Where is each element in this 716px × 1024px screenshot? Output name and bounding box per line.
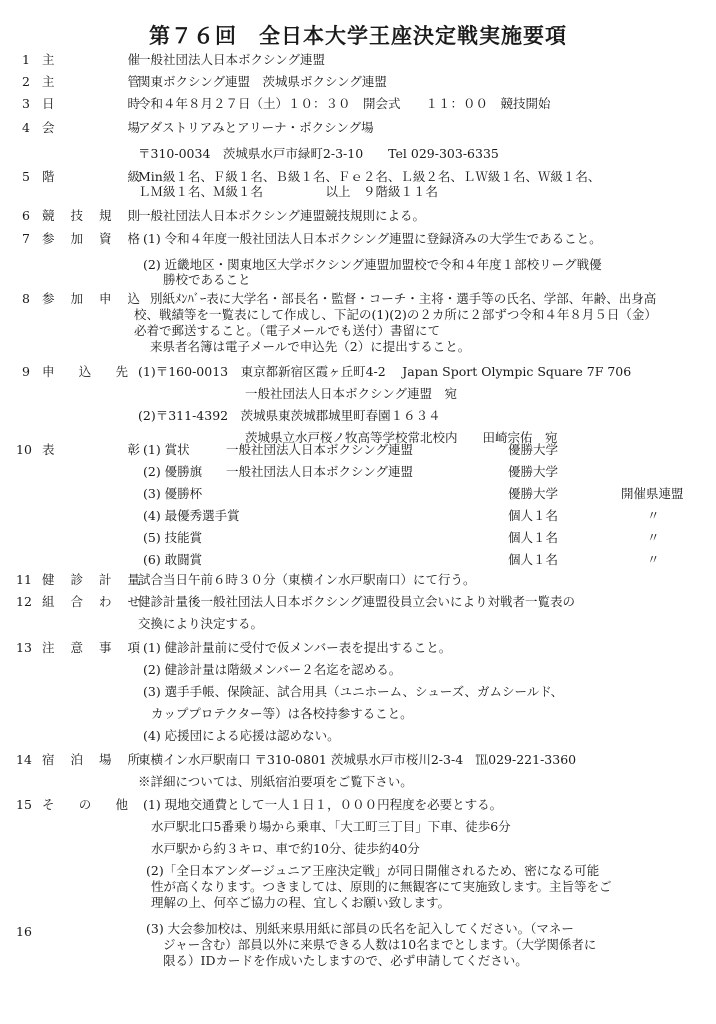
section-label: 参加資格	[42, 231, 140, 246]
section-label: 注意事項	[42, 640, 140, 655]
section-number: 16	[16, 924, 32, 939]
award-target: 優勝大学	[508, 486, 558, 501]
section-text: (3) 選手手帳、保険証、試合用具（ユニホーム、シューズ、ガムシールド、	[143, 684, 563, 699]
section-number: 9	[22, 364, 38, 379]
section-text: 限る）IDカードを作成いたしますので、必ず申請してください。	[163, 953, 528, 968]
section-number: 11	[16, 572, 32, 587]
section-text: 関東ボクシング連盟 茨城県ボクシング連盟	[138, 74, 387, 89]
section-label: その他	[42, 797, 128, 812]
section-text: 水戸駅から約３キロ、車で約10分、徒歩約40分	[151, 841, 420, 856]
section-number: 13	[16, 640, 32, 655]
section-text: (2) 近畿地区・関東地区大学ボクシング連盟加盟校で令和４年度１部校リーグ戦優	[143, 257, 602, 272]
section-label: 日時	[42, 96, 140, 111]
section-text: 健診計量後一般社団法人日本ボクシング連盟役員立会いにより対戦者一覧表の	[138, 594, 575, 609]
section-text: 令和４年８月２７日（土）１０：３０ 開会式 １１：００ 競技開始	[138, 96, 551, 111]
section-text: 校、戦績等を一覧表にして作成し、下記の(1)(2)の２カ所に２部ずつ令和４年８月…	[134, 307, 657, 322]
venue-address: 〒310-0034 茨城県水戸市緑町2-3-10 Tel 029-303-633…	[138, 146, 499, 161]
award-item: (5) 技能賞	[143, 530, 202, 545]
section-label: 会場	[42, 120, 140, 135]
section-text: 性が高くなります。つきましては、原則的に無観客にて実施致します。主旨等をご	[151, 879, 612, 894]
award-giver: 開催県連盟	[621, 486, 684, 501]
section-text: (4) 応援団による応援は認めない。	[143, 728, 340, 743]
section-text: 交換により決定する。	[138, 616, 263, 631]
section-label: 競技規則	[42, 208, 140, 223]
address-line: (2)〒311-4392 茨城県東茨城郡城里町春園１６３４	[138, 408, 441, 423]
section-text: ※詳細については、別紙宿泊要項をご覧下さい。	[138, 774, 413, 789]
section-label: 申込先	[42, 364, 128, 379]
section-text: (2)「全日本アンダージュニア王座決定戦」が同日開催されるため、密になる可能	[146, 863, 599, 878]
section-text: 一般社団法人日本ボクシング連盟競技規則による。	[138, 208, 425, 223]
section-text: アダストリアみとアリーナ・ボクシング場	[138, 120, 374, 135]
hotel-address: 東横イン水戸駅南口 〒310-0801 茨城県水戸市桜川2-3-4 ℡029-2…	[138, 752, 576, 767]
address-line: 一般社団法人日本ボクシング連盟 宛	[245, 386, 457, 401]
section-number: 15	[16, 797, 32, 812]
award-giver: 〃	[647, 508, 660, 523]
award-org: 一般社団法人日本ボクシング連盟	[226, 442, 413, 457]
award-item: (2) 優勝旗	[143, 464, 202, 479]
award-target: 優勝大学	[508, 464, 558, 479]
section-number: 7	[22, 231, 38, 246]
section-number: 12	[16, 594, 32, 609]
section-label: 宿泊場所	[42, 752, 140, 767]
section-text: 来県者名簿は電子メールで申込先（2）に提出すること。	[150, 339, 470, 354]
section-text: (1) 令和４年度一般社団法人日本ボクシング連盟に登録済みの大学生であること。	[143, 231, 602, 246]
award-giver: 〃	[647, 530, 660, 545]
section-label: 主管	[42, 74, 140, 89]
award-giver: 〃	[647, 552, 660, 567]
award-target: 優勝大学	[508, 442, 558, 457]
award-target: 個人１名	[508, 508, 558, 523]
section-text: ジャー含む）部員以外に来県できる人数は10名までとします。（大学関係者に	[163, 937, 596, 952]
section-text: 試合当日午前６時３０分（東横イン水戸駅南口）にて行う。	[138, 572, 476, 587]
award-item: (3) 優勝杯	[143, 486, 202, 501]
section-number: 6	[22, 208, 38, 223]
award-item: (1) 賞状	[143, 442, 190, 457]
section-text: 必着で郵送すること。（電子メールでも送付）書留にて	[134, 323, 440, 338]
section-number: 14	[16, 752, 32, 767]
section-label: 健診計量	[42, 572, 140, 587]
award-org: 一般社団法人日本ボクシング連盟	[226, 464, 413, 479]
section-text: 理解の上、何卒ご協力の程、宜しくお願い致します。	[151, 895, 450, 910]
award-target: 個人１名	[508, 530, 558, 545]
section-text: 別紙ﾒﾝﾊﾞｰ表に大学名・部長名・監督・コーチ・主将・選手等の氏名、学部、年齢、…	[150, 291, 656, 306]
award-target: 個人１名	[508, 552, 558, 567]
section-text: 水戸駅北口5番乗り場から乗車、「大工町三丁目」下車、徒歩6分	[151, 819, 511, 834]
award-item: (6) 敢闘賞	[143, 552, 202, 567]
section-text: (1) 現地交通費として一人１日１，０００円程度を必要とする。	[143, 797, 502, 812]
section-text: (1) 健診計量前に受付で仮メンバー表を提出すること。	[143, 640, 451, 655]
section-number: 1	[22, 52, 38, 67]
section-number: 4	[22, 120, 38, 135]
section-text: (3) 大会参加校は、別紙来県用紙に部員の氏名を記入してください。（マネー	[146, 921, 574, 936]
section-text: Min級１名、Ｆ級１名、Ｂ級１名、Ｆｅ２名、Ｌ級２名、ＬＷ級１名、Ｗ級１名、	[138, 169, 600, 184]
address-line: (1)〒160-0013 東京都新宿区霞ヶ丘町4-2 Japan Sport O…	[138, 364, 631, 379]
section-number: 3	[22, 96, 38, 111]
section-label: 組合わせ	[42, 594, 140, 609]
award-item: (4) 最優秀選手賞	[143, 508, 240, 523]
section-label: 表彰	[42, 442, 140, 457]
section-text: ＬＭ級１名、Ｍ級１名 以上 ９階級１１名	[138, 184, 438, 199]
section-label: 参加申込	[42, 291, 140, 306]
section-number: 10	[16, 442, 32, 457]
section-number: 8	[22, 291, 38, 306]
section-label: 主催	[42, 52, 140, 67]
section-number: 5	[22, 169, 38, 184]
section-text: (2) 健診計量は階級メンバー２名迄を認める。	[143, 662, 401, 677]
section-text: 勝校であること	[163, 272, 251, 287]
section-label: 階級	[42, 169, 140, 184]
section-number: 2	[22, 74, 38, 89]
section-text: カッププロテクター等）は各校持参すること。	[151, 706, 413, 721]
document-title: 第７６回 全日本大学王座決定戦実施要項	[0, 20, 716, 50]
section-text: 一般社団法人日本ボクシング連盟	[138, 52, 325, 67]
